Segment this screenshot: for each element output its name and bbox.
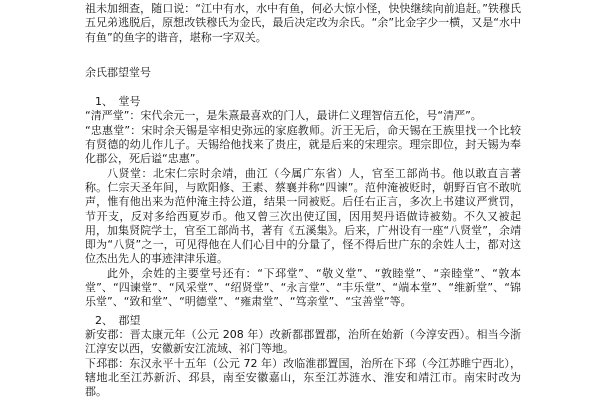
paragraph-xiapi-commandery: 下邳郡：东汉永平十五年（公元 72 年）改临淮郡置国，治所在下邳（今江苏睢宁西北… bbox=[85, 357, 521, 400]
document-page: 祖未加细查，随口说：“江中有水，水中有鱼，何必大惊小怪，快快继续向前追赶。”铁穆… bbox=[0, 0, 600, 400]
document-body: 祖未加细查，随口说：“江中有水，水中有鱼，何必大惊小怪，快快继续向前追赶。”铁穆… bbox=[85, 2, 521, 399]
paragraph-qingyan-hall: “清严堂”：宋代余元一，是朱熹最喜欢的门人，最讲仁义理智信五伦，号“清严”。 bbox=[85, 109, 521, 123]
section-heading-tanghao: 1、 堂号 bbox=[85, 95, 521, 109]
document-title: 余氏郡望堂号 bbox=[85, 66, 521, 80]
paragraph-xinan-commandery: 新安郡：晋太康元年（公元 208 年）改新都郡置郡，治所在始新（今淳安西）。相当… bbox=[85, 328, 521, 357]
section-heading-junwang: 2、 郡望 bbox=[85, 314, 521, 328]
intro-paragraph: 祖未加细查，随口说：“江中有水，水中有鱼，何必大惊小怪，快快继续向前追赶。”铁穆… bbox=[85, 2, 521, 45]
paragraph-zhonghui-hall: “忠惠堂”：宋时余天锡是宰相史弥远的家庭教师。沂王无后，命天锡在王族里找一个比较… bbox=[85, 124, 521, 167]
paragraph-other-hall-names: 此外，余姓的主要堂号还有：“下邳堂”、“敬义堂”、“敦睦堂”、“亲睦堂”、“敦本… bbox=[85, 267, 521, 310]
paragraph-baxian-hall: 八贤堂：北宋仁宗时余靖，曲江（今属广东省）人，官至工部尚书。他以敢直言著称。仁宗… bbox=[85, 167, 521, 267]
